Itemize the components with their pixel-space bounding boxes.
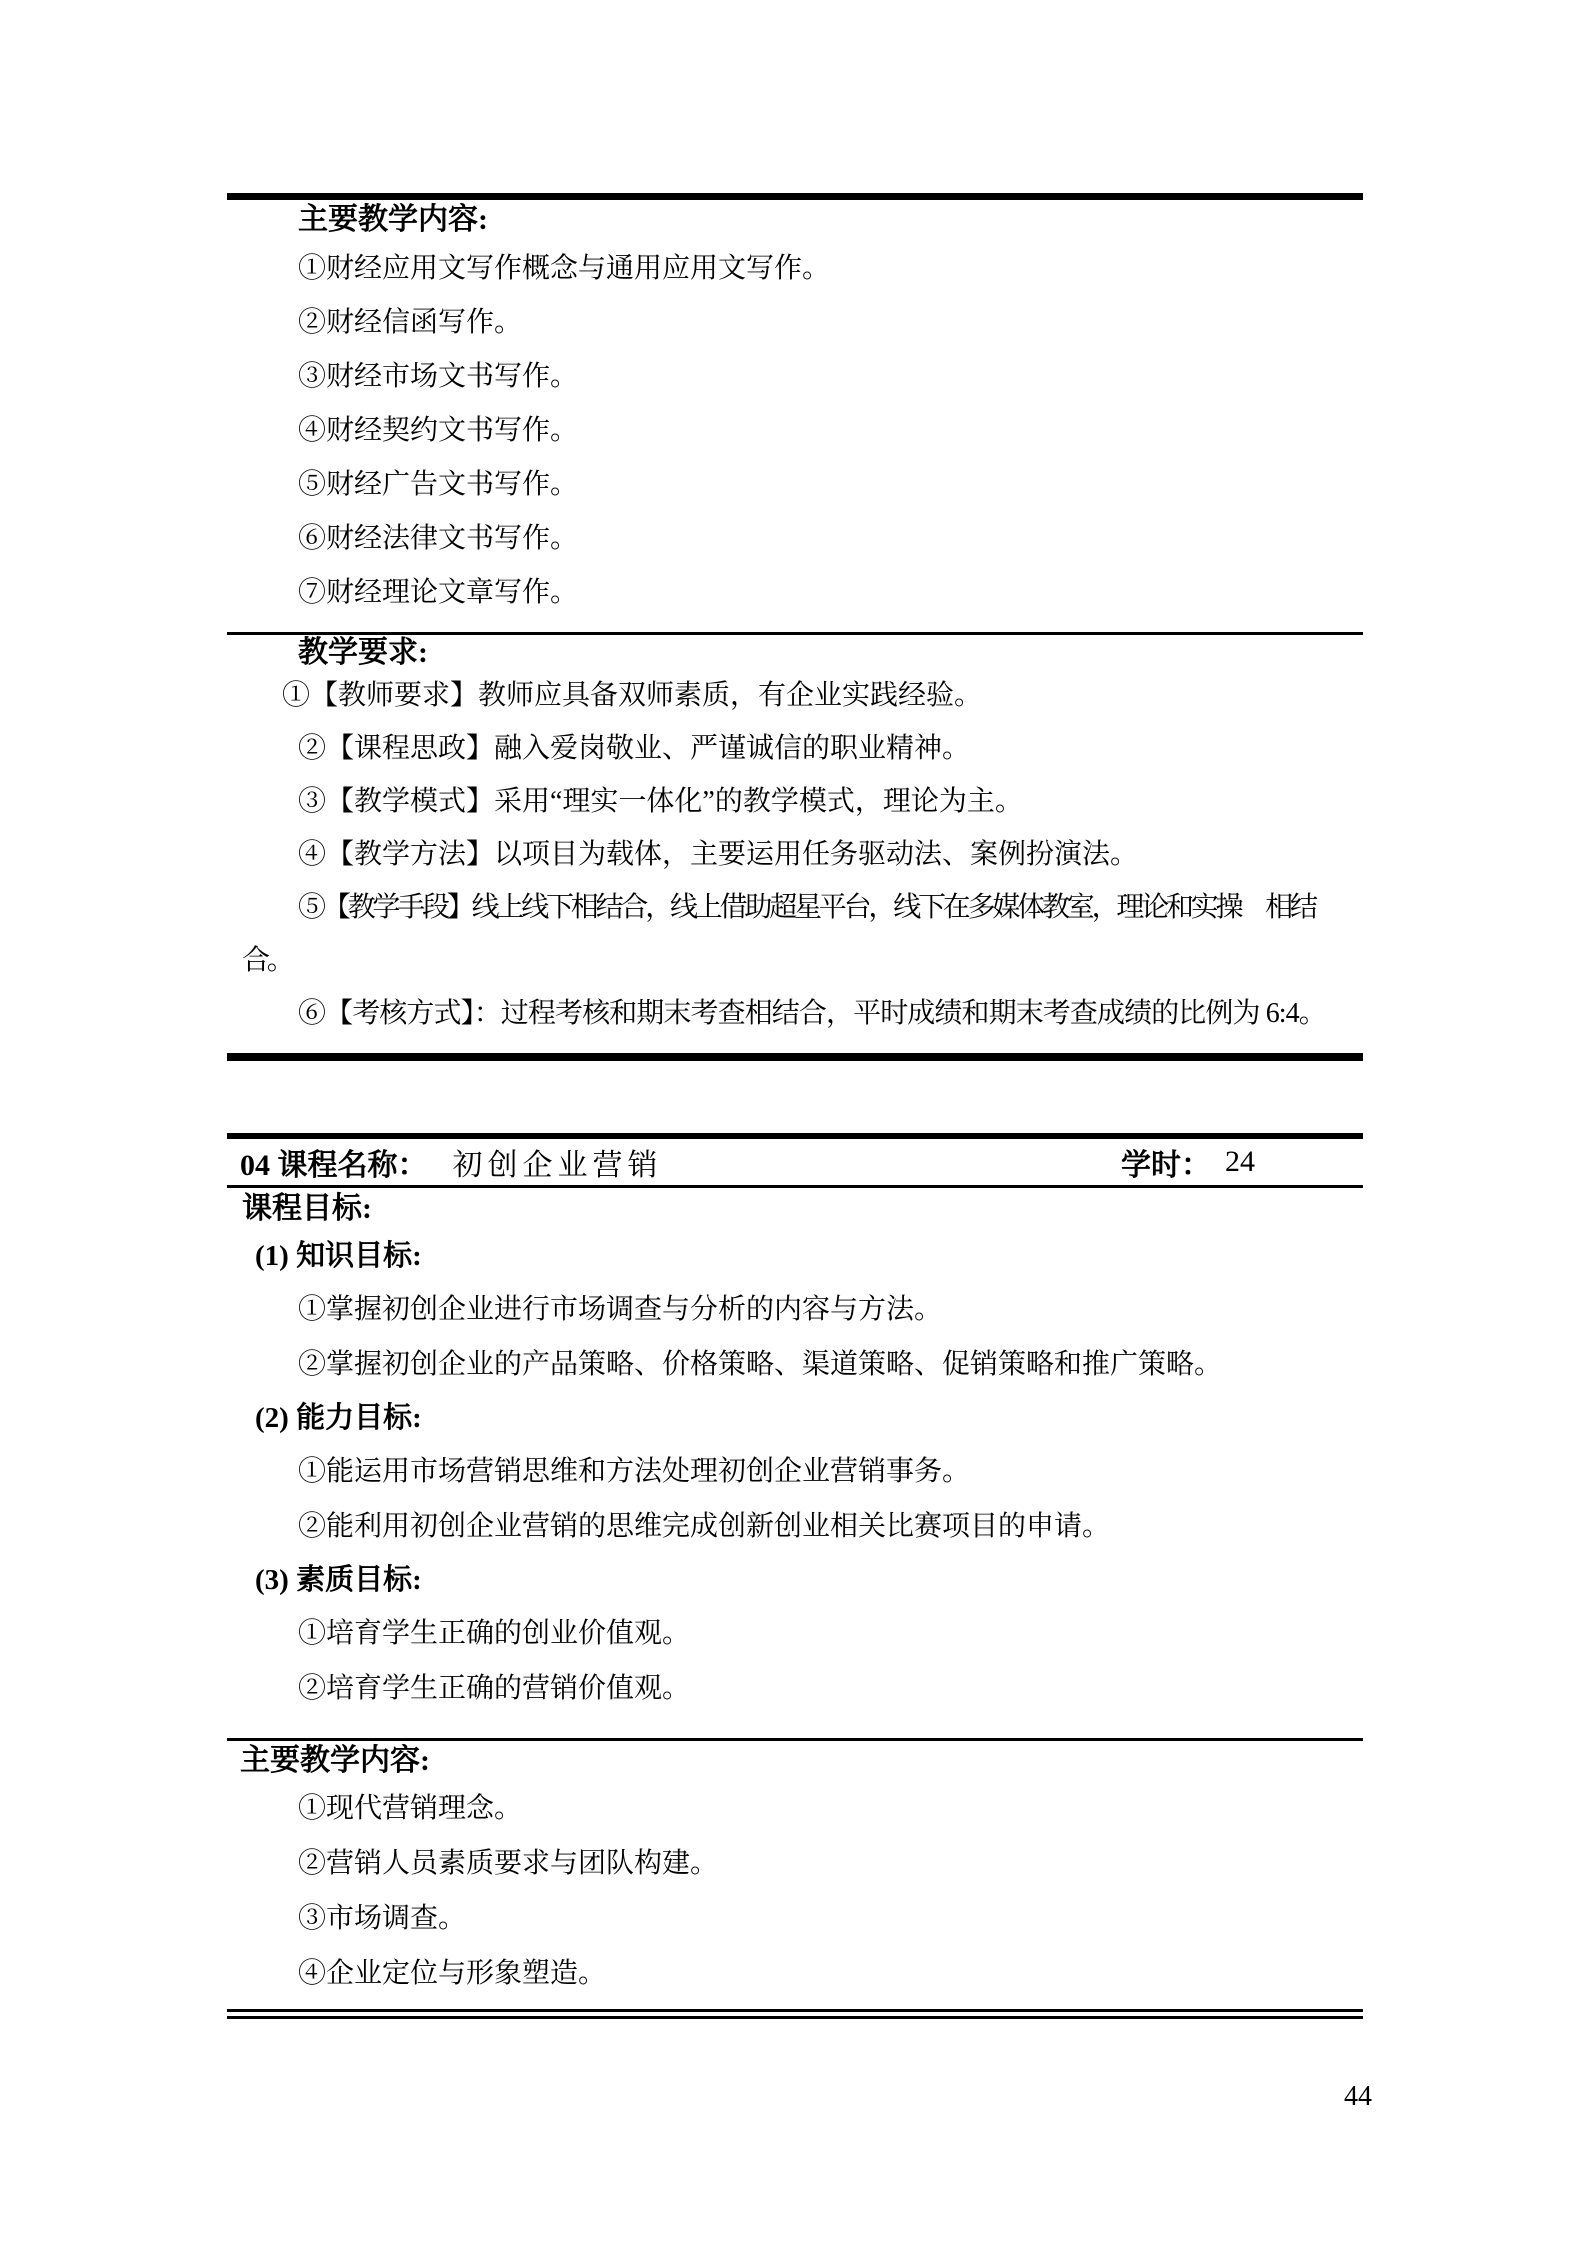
teaching-content-list-2: ①现代营销理念。 ②营销人员素质要求与团队构建。 ③市场调查。 ④企业定位与形象… [227,1781,1363,2001]
teaching-content-item: ③市场调查。 [227,1891,1363,1946]
objective-item: ①能运用市场营销思维和方法处理初创企业营销事务。 [227,1444,1363,1499]
main-teaching-content-header-2: 主要教学内容: [227,1741,1363,1781]
teaching-content-item: ⑥财经法律文书写作。 [227,512,1363,566]
course-block-continued: 主要教学内容: ①财经应用文写作概念与通用应用文写作。 ②财经信函写作。 ③财经… [227,193,1363,1061]
objective-group-label: (2) 能力目标: [227,1392,1363,1444]
teaching-content-item: ②财经信函写作。 [227,296,1363,350]
teaching-requirement-item: ⑥【考核方式】：过程考核和期末考查相结合，平时成绩和期末考查成绩的比例为 6:4… [227,987,1363,1040]
document-page: 主要教学内容: ①财经应用文写作概念与通用应用文写作。 ②财经信函写作。 ③财经… [0,0,1588,2245]
course-block-04: 04 课程名称： 初创企业营销 学时： 24 课程目标: (1) 知识目标: ①… [227,1133,1363,2019]
objective-item: ①培育学生正确的创业价值观。 [227,1606,1363,1661]
hours-value: 24 [1225,1145,1255,1179]
objective-group-label: (3) 素质目标: [227,1554,1363,1606]
main-teaching-content-header: 主要教学内容: [298,204,1363,236]
course-header-row: 04 课程名称： 初创企业营销 学时： 24 [227,1139,1363,1188]
course-name: 初创企业营销 [453,1140,663,1184]
objective-group-label: (1) 知识目标: [227,1230,1363,1282]
teaching-content-item: ③财经市场文书写作。 [227,350,1363,404]
objective-item: ②能利用初创企业营销的思维完成创新创业相关比赛项目的申请。 [227,1499,1363,1554]
teaching-content-item: ①现代营销理念。 [227,1781,1363,1836]
objective-item: ②掌握初创企业的产品策略、价格策略、渠道策略、促销策略和推广策略。 [227,1337,1363,1392]
objective-item: ①掌握初创企业进行市场调查与分析的内容与方法。 [227,1282,1363,1337]
course-objectives-header: 课程目标: [227,1188,1363,1230]
teaching-requirement-item: ①【教师要求】教师应具备双师素质，有企业实践经验。 [227,669,1363,722]
teaching-requirement-item: ④【教学方法】以项目为载体，主要运用任务驱动法、案例扮演法。 [227,828,1363,881]
teaching-content-item: ①财经应用文写作概念与通用应用文写作。 [227,242,1363,296]
teaching-content-item: ④企业定位与形象塑造。 [227,1946,1363,2001]
teaching-content-item: ②营销人员素质要求与团队构建。 [227,1836,1363,1891]
page-number: 44 [1344,2082,1372,2112]
teaching-requirements-list: ①【教师要求】教师应具备双师素质，有企业实践经验。 ②【课程思政】融入爱岗敬业、… [227,669,1363,1040]
course-hours-group: 学时： 24 [1121,1140,1255,1184]
teaching-requirements-header: 教学要求: [298,637,1363,669]
teaching-requirement-item: ⑤【教学手段】线上线下相结合，线上借助超星平台，线下在多媒体教室，理论和实操 相… [227,881,1363,987]
course-number-label: 04 课程名称： [240,1140,428,1184]
course-title-group: 04 课程名称： 初创企业营销 [240,1140,663,1184]
objective-item: ②培育学生正确的营销价值观。 [227,1661,1363,1716]
section-divider [227,632,1363,635]
teaching-requirement-item: ③【教学模式】采用“理实一体化”的教学模式，理论为主。 [227,775,1363,828]
hours-label: 学时： [1121,1140,1211,1184]
teaching-content-item: ④财经契约文书写作。 [227,404,1363,458]
teaching-content-list: ①财经应用文写作概念与通用应用文写作。 ②财经信函写作。 ③财经市场文书写作。 … [227,242,1363,620]
teaching-content-item: ⑤财经广告文书写作。 [227,458,1363,512]
teaching-content-item: ⑦财经理论文章写作。 [227,566,1363,620]
teaching-requirement-item: ②【课程思政】融入爱岗敬业、严谨诚信的职业精神。 [227,722,1363,775]
